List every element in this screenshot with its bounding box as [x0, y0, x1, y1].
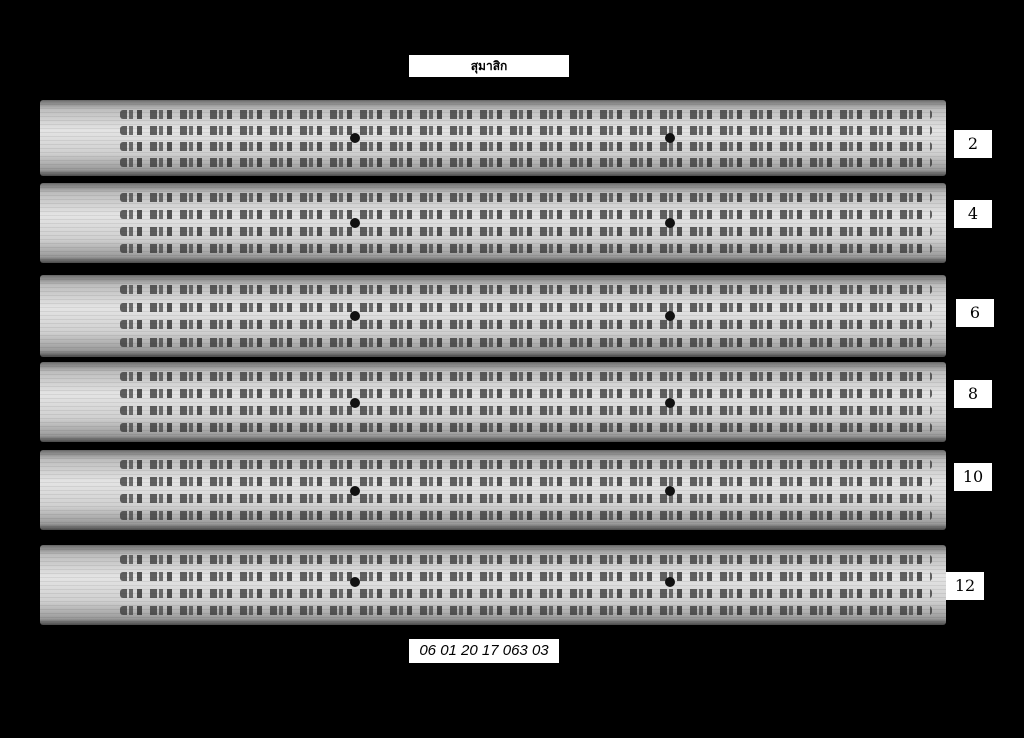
page-tag-6: 6 [956, 299, 994, 327]
palm-leaf-2 [40, 183, 946, 263]
binding-hole [665, 577, 675, 587]
page-tag-4: 4 [954, 200, 992, 228]
binding-hole [665, 311, 675, 321]
palm-leaf-3 [40, 275, 946, 357]
manuscript-id-label: 06 01 20 17 063 03 [409, 639, 559, 663]
binding-hole [350, 218, 360, 228]
page-tag-12: 12 [946, 572, 984, 600]
binding-hole [665, 218, 675, 228]
palm-leaf-1 [40, 100, 946, 176]
page-tag-2: 2 [954, 130, 992, 158]
palm-leaf-6 [40, 545, 946, 625]
palm-leaf-4 [40, 362, 946, 442]
binding-hole [350, 577, 360, 587]
binding-hole [350, 486, 360, 496]
manuscript-text-lines [120, 551, 932, 619]
page-tag-8: 8 [954, 380, 992, 408]
page-tag-10: 10 [954, 463, 992, 491]
binding-hole [350, 133, 360, 143]
manuscript-text-lines [120, 456, 932, 524]
binding-hole [350, 311, 360, 321]
manuscript-title-label: สุมาสิก [409, 55, 569, 77]
manuscript-text-lines [120, 368, 932, 436]
palm-leaf-5 [40, 450, 946, 530]
manuscript-text-lines [120, 106, 932, 170]
binding-hole [350, 398, 360, 408]
manuscript-text-lines [120, 281, 932, 351]
binding-hole [665, 486, 675, 496]
binding-hole [665, 398, 675, 408]
binding-hole [665, 133, 675, 143]
manuscript-text-lines [120, 189, 932, 257]
